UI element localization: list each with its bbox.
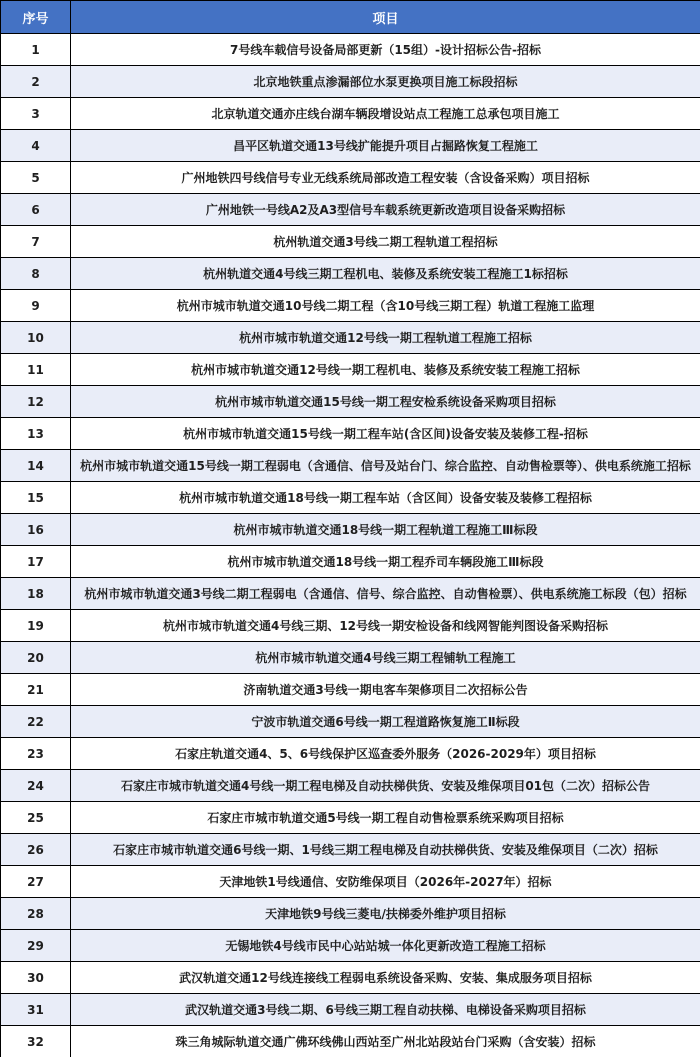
table-row: 3北京轨道交通亦庄线台湖车辆段增设站点工程施工总承包项目施工 [1,98,700,130]
project-cell: 杭州市城市轨道交通3号线二期工程弱电（含通信、信号、综合监控、自动售检票）、供电… [71,578,700,610]
row-number-cell: 6 [1,194,71,226]
table-row: 26石家庄市城市轨道交通6号线一期、1号线三期工程电梯及自动扶梯供货、安装及维保… [1,834,700,866]
row-number-cell: 10 [1,322,71,354]
header-row: 序号 项目 [1,1,700,34]
table-row: 4昌平区轨道交通13号线扩能提升项目占掘路恢复工程施工 [1,130,700,162]
project-cell: 珠三角城际轨道交通广佛环线佛山西站至广州北站段站台门采购（含安装）招标 [71,1026,700,1057]
row-number-cell: 8 [1,258,71,290]
project-cell: 杭州市城市轨道交通15号线一期工程车站(含区间)设备安装及装修工程-招标 [71,418,700,450]
table-row: 19杭州市城市轨道交通4号线三期、12号线一期安检设备和线网智能判图设备采购招标 [1,610,700,642]
project-cell: 石家庄市城市轨道交通5号线一期工程自动售检票系统采购项目招标 [71,802,700,834]
project-cell: 石家庄市城市轨道交通4号线一期工程电梯及自动扶梯供货、安装及维保项目01包（二次… [71,770,700,802]
table-row: 32珠三角城际轨道交通广佛环线佛山西站至广州北站段站台门采购（含安装）招标 [1,1026,700,1057]
table-row: 12杭州市城市轨道交通15号线一期工程安检系统设备采购项目招标 [1,386,700,418]
table-row: 28天津地铁9号线三菱电/扶梯委外维护项目招标 [1,898,700,930]
table-row: 15杭州市城市轨道交通18号线一期工程车站（含区间）设备安装及装修工程招标 [1,482,700,514]
project-cell: 杭州市城市轨道交通18号线一期工程轨道工程施工Ⅲ标段 [71,514,700,546]
row-number-cell: 7 [1,226,71,258]
row-number-cell: 22 [1,706,71,738]
table-row: 6广州地铁一号线A2及A3型信号车载系统更新改造项目设备采购招标 [1,194,700,226]
row-number-cell: 5 [1,162,71,194]
row-number-cell: 30 [1,962,71,994]
row-number-cell: 32 [1,1026,71,1057]
row-number-cell: 1 [1,34,71,66]
table-row: 23石家庄轨道交通4、5、6号线保护区巡查委外服务（2026-2029年）项目招… [1,738,700,770]
row-number-cell: 2 [1,66,71,98]
table-row: 22宁波市轨道交通6号线一期工程道路恢复施工Ⅱ标段 [1,706,700,738]
table-row: 24石家庄市城市轨道交通4号线一期工程电梯及自动扶梯供货、安装及维保项目01包（… [1,770,700,802]
row-number-cell: 31 [1,994,71,1026]
project-cell: 天津地铁1号线通信、安防维保项目（2026年-2027年）招标 [71,866,700,898]
row-number-cell: 29 [1,930,71,962]
project-cell: 济南轨道交通3号线一期电客车架修项目二次招标公告 [71,674,700,706]
row-number-cell: 20 [1,642,71,674]
table-row: 9杭州市城市轨道交通10号线二期工程（含10号线三期工程）轨道工程施工监理 [1,290,700,322]
table-row: 10杭州市城市轨道交通12号线一期工程轨道工程施工招标 [1,322,700,354]
table-row: 18杭州市城市轨道交通3号线二期工程弱电（含通信、信号、综合监控、自动售检票）、… [1,578,700,610]
table-row: 13杭州市城市轨道交通15号线一期工程车站(含区间)设备安装及装修工程-招标 [1,418,700,450]
project-cell: 杭州市城市轨道交通15号线一期工程安检系统设备采购项目招标 [71,386,700,418]
row-number-cell: 17 [1,546,71,578]
row-number-cell: 16 [1,514,71,546]
row-number-cell: 27 [1,866,71,898]
project-cell: 杭州市城市轨道交通4号线三期工程铺轨工程施工 [71,642,700,674]
table-row: 16杭州市城市轨道交通18号线一期工程轨道工程施工Ⅲ标段 [1,514,700,546]
table-row: 8杭州轨道交通4号线三期工程机电、装修及系统安装工程施工1标招标 [1,258,700,290]
project-cell: 杭州市城市轨道交通10号线二期工程（含10号线三期工程）轨道工程施工监理 [71,290,700,322]
project-cell: 杭州市城市轨道交通12号线一期工程轨道工程施工招标 [71,322,700,354]
table-row: 31武汉轨道交通3号线二期、6号线三期工程自动扶梯、电梯设备采购项目招标 [1,994,700,1026]
table-row: 20杭州市城市轨道交通4号线三期工程铺轨工程施工 [1,642,700,674]
project-cell: 武汉轨道交通3号线二期、6号线三期工程自动扶梯、电梯设备采购项目招标 [71,994,700,1026]
project-cell: 武汉轨道交通12号线连接线工程弱电系统设备采购、安装、集成服务项目招标 [71,962,700,994]
table-row: 5广州地铁四号线信号专业无线系统局部改造工程安装（含设备采购）项目招标 [1,162,700,194]
table-row: 11杭州市城市轨道交通12号线一期工程机电、装修及系统安装工程施工招标 [1,354,700,386]
row-number-cell: 23 [1,738,71,770]
row-number-cell: 13 [1,418,71,450]
project-cell: 杭州轨道交通4号线三期工程机电、装修及系统安装工程施工1标招标 [71,258,700,290]
header-cell-index: 序号 [1,1,71,34]
project-cell: 昌平区轨道交通13号线扩能提升项目占掘路恢复工程施工 [71,130,700,162]
project-cell: 杭州市城市轨道交通18号线一期工程车站（含区间）设备安装及装修工程招标 [71,482,700,514]
project-cell: 杭州市城市轨道交通4号线三期、12号线一期安检设备和线网智能判图设备采购招标 [71,610,700,642]
row-number-cell: 11 [1,354,71,386]
table-row: 14杭州市城市轨道交通15号线一期工程弱电（含通信、信号及站台门、综合监控、自动… [1,450,700,482]
project-cell: 无锡地铁4号线市民中心站站城一体化更新改造工程施工招标 [71,930,700,962]
row-number-cell: 9 [1,290,71,322]
project-cell: 石家庄轨道交通4、5、6号线保护区巡查委外服务（2026-2029年）项目招标 [71,738,700,770]
table-row: 25石家庄市城市轨道交通5号线一期工程自动售检票系统采购项目招标 [1,802,700,834]
project-cell: 北京轨道交通亦庄线台湖车辆段增设站点工程施工总承包项目施工 [71,98,700,130]
table-row: 17杭州市城市轨道交通18号线一期工程乔司车辆段施工Ⅲ标段 [1,546,700,578]
table-row: 30武汉轨道交通12号线连接线工程弱电系统设备采购、安装、集成服务项目招标 [1,962,700,994]
row-number-cell: 26 [1,834,71,866]
project-cell: 石家庄市城市轨道交通6号线一期、1号线三期工程电梯及自动扶梯供货、安装及维保项目… [71,834,700,866]
project-cell: 广州地铁四号线信号专业无线系统局部改造工程安装（含设备采购）项目招标 [71,162,700,194]
row-number-cell: 19 [1,610,71,642]
project-cell: 杭州轨道交通3号线二期工程轨道工程招标 [71,226,700,258]
table-row: 29无锡地铁4号线市民中心站站城一体化更新改造工程施工招标 [1,930,700,962]
row-number-cell: 28 [1,898,71,930]
table-body: 17号线车载信号设备局部更新（15组）-设计招标公告-招标2北京地铁重点渗漏部位… [1,34,700,1057]
row-number-cell: 12 [1,386,71,418]
project-cell: 天津地铁9号线三菱电/扶梯委外维护项目招标 [71,898,700,930]
row-number-cell: 25 [1,802,71,834]
table-row: 21济南轨道交通3号线一期电客车架修项目二次招标公告 [1,674,700,706]
table-row: 27天津地铁1号线通信、安防维保项目（2026年-2027年）招标 [1,866,700,898]
row-number-cell: 15 [1,482,71,514]
row-number-cell: 14 [1,450,71,482]
row-number-cell: 3 [1,98,71,130]
table-row: 7杭州轨道交通3号线二期工程轨道工程招标 [1,226,700,258]
header-cell-project: 项目 [71,1,700,34]
project-cell: 杭州市城市轨道交通18号线一期工程乔司车辆段施工Ⅲ标段 [71,546,700,578]
project-table: 序号 项目 17号线车载信号设备局部更新（15组）-设计招标公告-招标2北京地铁… [0,0,700,1057]
project-cell: 宁波市轨道交通6号线一期工程道路恢复施工Ⅱ标段 [71,706,700,738]
row-number-cell: 24 [1,770,71,802]
row-number-cell: 18 [1,578,71,610]
project-cell: 北京地铁重点渗漏部位水泵更换项目施工标段招标 [71,66,700,98]
project-cell: 杭州市城市轨道交通15号线一期工程弱电（含通信、信号及站台门、综合监控、自动售检… [71,450,700,482]
project-cell: 广州地铁一号线A2及A3型信号车载系统更新改造项目设备采购招标 [71,194,700,226]
table-header: 序号 项目 [1,1,700,34]
row-number-cell: 4 [1,130,71,162]
row-number-cell: 21 [1,674,71,706]
project-cell: 杭州市城市轨道交通12号线一期工程机电、装修及系统安装工程施工招标 [71,354,700,386]
table-row: 17号线车载信号设备局部更新（15组）-设计招标公告-招标 [1,34,700,66]
page: 序号 项目 17号线车载信号设备局部更新（15组）-设计招标公告-招标2北京地铁… [0,0,700,1057]
table-row: 2北京地铁重点渗漏部位水泵更换项目施工标段招标 [1,66,700,98]
project-cell: 7号线车载信号设备局部更新（15组）-设计招标公告-招标 [71,34,700,66]
